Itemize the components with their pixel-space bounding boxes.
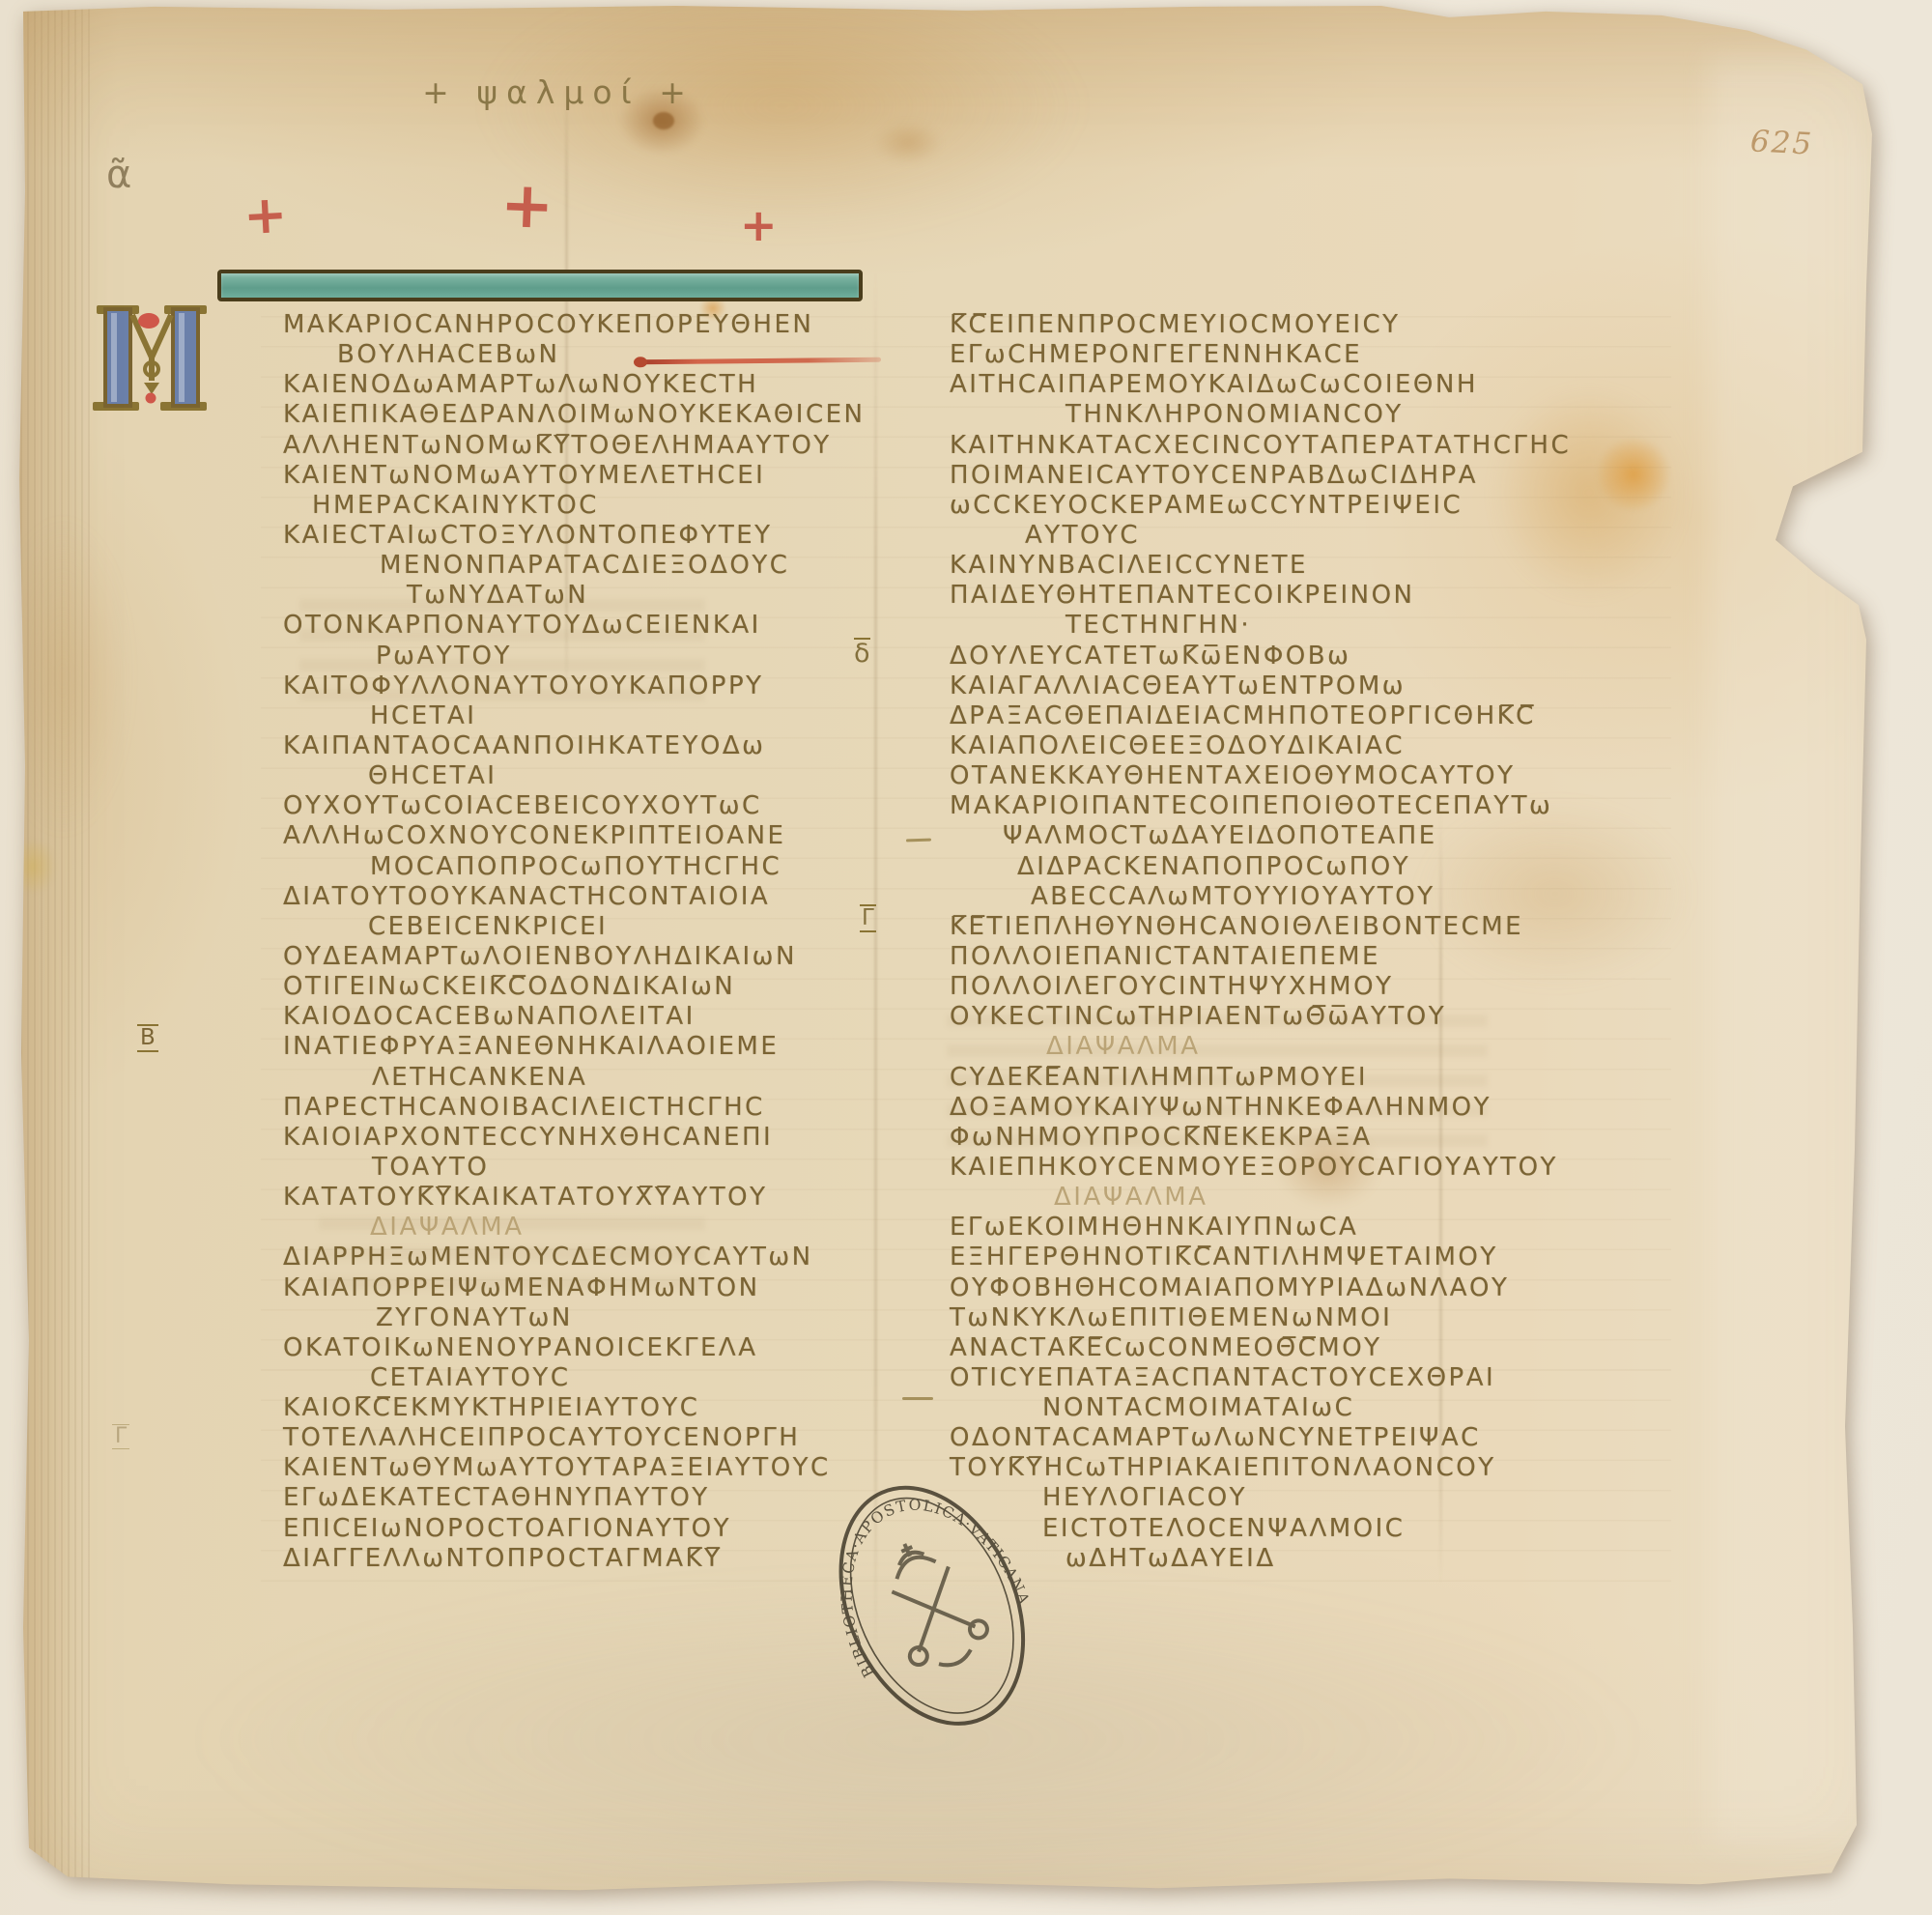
decorative-headband-bar: [217, 270, 863, 301]
rubric-cross-icon: +: [740, 203, 778, 247]
text-line: ΠΟΙΜΑΝΕΙϹΑΥΤΟΥϹΕΝΡΑΒΔωϹΙΔΗΡΑ: [950, 461, 1571, 491]
text-line: ΔΟΞΑΜΟΥΚΑΙΥΨωΝΤΗΝΚΕΦΑΛΗΝΜΟΥ: [950, 1093, 1571, 1123]
text-line: ΟΚΑΤΟΙΚωΝΕΝΟΥΡΑΝΟΙϹΕΚΓΕΛΑ: [283, 1333, 865, 1363]
text-line: ΟΥΚΕϹΤΙΝϹωΤΗΡΙΑΕΝΤωΘ̅ω̅ΑΥΤΟΥ: [950, 1002, 1571, 1032]
text-line: ΟΔΟΝΤΑϹΑΜΑΡΤωΛωΝϹΥΝΕΤΡΕΙΨΑϹ: [950, 1423, 1571, 1453]
margin-psalm-number-3: Γ: [860, 904, 876, 932]
text-line: ΑΛΛΗΕΝΤωΝΟΜωΚ̅Υ̅ΤΟΘΕΛΗΜΑΑΥΤΟΥ: [283, 431, 865, 461]
manuscript-page: + ψαλμοί + 625 ᾶ + + + ΜΑΚΑΡΙΟϹΑΝΗΡΟϹΟΥΚ…: [0, 0, 1932, 1915]
text-line: ΑΥΤΟΥϹ: [950, 521, 1571, 551]
text-line: ΟΤΑΝΕΚΚΑΥΘΗΕΝΤΑΧΕΙΟΘΥΜΟϹΑΥΤΟΥ: [950, 761, 1571, 791]
margin-section-mark: δ: [854, 638, 870, 667]
text-line: ΕΓωϹΗΜΕΡΟΝΓΕΓΕΝΝΗΚΑϹΕ: [950, 340, 1571, 370]
text-line: Κ̅Ε̅ΤΙΕΠΛΗΘΥΝΘΗϹΑΝΟΙΘΛΕΙΒΟΝΤΕϹΜΕ: [950, 912, 1571, 942]
text-line: ΘΗϹΕΤΑΙ: [283, 761, 865, 791]
text-line: ΙΝΑΤΙΕΦΡΥΑΞΑΝΕΘΝΗΚΑΙΛΑΟΙΕΜΕ: [283, 1032, 865, 1062]
text-line: ΔΙΑΤΟΥΤΟΟΥΚΑΝΑϹΤΗϹΟΝΤΑΙΟΙΑ: [283, 882, 865, 912]
text-line: ΤωΝΚΥΚΛωΕΠΙΤΙΘΕΜΕΝωΝΜΟΙ: [950, 1303, 1571, 1333]
text-line: ΔΟΥΛΕΥϹΑΤΕΤωΚ̅ω̅ΕΝΦΟΒω: [950, 642, 1571, 672]
text-line: ΗΜΕΡΑϹΚΑΙΝΥΚΤΟϹ: [283, 491, 865, 521]
text-line: ΔΙΑΓΓΕΛΛωΝΤΟΠΡΟϹΤΑΓΜΑΚ̅Υ̅: [283, 1544, 865, 1574]
text-line: ΤΟΥΚ̅Υ̅ΗϹωΤΗΡΙΑΚΑΙΕΠΙΤΟΝΛΑΟΝϹΟΥ: [950, 1453, 1571, 1483]
text-line: ΟΤΟΝΚΑΡΠΟΝΑΥΤΟΥΔωϹΕΙΕΝΚΑΙ: [283, 611, 865, 641]
text-line: ΟΥΧΟΥΤωϹΟΙΑϹΕΒΕΙϹΟΥΧΟΥΤωϹ: [283, 791, 865, 821]
text-line: ΚΑΙΟΚ̅Ϲ̅ΕΚΜΥΚΤΗΡΙΕΙΑΥΤΟΥϹ: [283, 1393, 865, 1423]
text-line: ΒΟΥΛΗΑϹΕΒωΝ: [283, 340, 865, 370]
page-title: + ψαλμοί +: [355, 73, 761, 111]
text-line: ϹΕΒΕΙϹΕΝΚΡΙϹΕΙ: [283, 912, 865, 942]
text-line: ΚΑΙΟΔΟϹΑϹΕΒωΝΑΠΟΛΕΙΤΑΙ: [283, 1002, 865, 1032]
paragraphos-dash: [902, 1397, 933, 1400]
text-line: ΡωΑΥΤΟΥ: [283, 642, 865, 672]
text-line: ΟΥΔΕΑΜΑΡΤωΛΟΙΕΝΒΟΥΛΗΔΙΚΑΙωΝ: [283, 942, 865, 972]
text-line: ΤΗΝΚΛΗΡΟΝΟΜΙΑΝϹΟΥ: [950, 400, 1571, 430]
text-line: ΚΑΙΕΝΤωΝΟΜωΑΥΤΟΥΜΕΛΕΤΗϹΕΙ: [283, 461, 865, 491]
text-line: ΤΟΑΥΤΟ: [283, 1153, 865, 1183]
right-edge-band: [1710, 58, 1874, 1845]
text-line: ΠΟΛΛΟΙΕΠΑΝΙϹΤΑΝΤΑΙΕΠΕΜΕ: [950, 942, 1571, 972]
text-line: ΔΙΑΡΡΗΞωΜΕΝΤΟΥϹΔΕϹΜΟΥϹΑΥΤωΝ: [283, 1243, 865, 1272]
text-line: ΔΙΔΡΑϹΚΕΝΑΠΟΠΡΟϹωΠΟΥ: [950, 852, 1571, 882]
text-line: ΚΑΙΕΝΟΔωΑΜΑΡΤωΛωΝΟΥΚΕϹΤΗ: [283, 370, 865, 400]
text-line: ΜΑΚΑΡΙΟΙΠΑΝΤΕϹΟΙΠΕΠΟΙΘΟΤΕϹΕΠΑΥΤω: [950, 791, 1571, 821]
text-line: ΔΙΑΨΑΛΜΑ: [950, 1183, 1571, 1213]
text-line: ΤωΝΥΔΑΤωΝ: [283, 581, 865, 611]
text-line: ΚΑΤΑΤΟΥΚ̅Υ̅ΚΑΙΚΑΤΑΤΟΥΧ̅Υ̅ΑΥΤΟΥ: [283, 1183, 865, 1213]
text-line: ΗΕΥΛΟΓΙΑϹΟΥ: [950, 1483, 1571, 1513]
text-line: ΚΑΙΠΑΝΤΑΟϹΑΑΝΠΟΙΗΚΑΤΕΥΟΔω: [283, 731, 865, 761]
text-line: ΔΙΑΨΑΛΜΑ: [950, 1032, 1571, 1062]
text-line: ωΔΗΤωΔΑΥΕΙΔ: [950, 1544, 1571, 1574]
text-line: ΖΥΓΟΝΑΥΤωΝ: [283, 1303, 865, 1333]
text-line: ΑΙΤΗϹΑΙΠΑΡΕΜΟΥΚΑΙΔωϹωϹΟΙΕΘΝΗ: [950, 370, 1571, 400]
text-column-left: ΜΑΚΑΡΙΟϹΑΝΗΡΟϹΟΥΚΕΠΟΡΕΥΘΗΕΝΒΟΥΛΗΑϹΕΒωΝΚΑ…: [283, 310, 865, 1574]
text-line: ΟΥΦΟΒΗΘΗϹΟΜΑΙΑΠΟΜΥΡΙΑΔωΝΛΑΟΥ: [950, 1273, 1571, 1303]
text-line: ΜΑΚΑΡΙΟϹΑΝΗΡΟϹΟΥΚΕΠΟΡΕΥΘΗΕΝ: [283, 310, 865, 340]
text-line: ΚΑΙΕΠΙΚΑΘΕΔΡΑΝΛΟΙΜωΝΟΥΚΕΚΑΘΙϹΕΝ: [283, 400, 865, 430]
text-line: ΜΟϹΑΠΟΠΡΟϹωΠΟΥΤΗϹΓΗϹ: [283, 852, 865, 882]
text-line: ΚΑΙΟΙΑΡΧΟΝΤΕϹϹΥΝΗΧΘΗϹΑΝΕΠΙ: [283, 1123, 865, 1153]
text-line: ΜΕΝΟΝΠΑΡΑΤΑϹΔΙΕΞΟΔΟΥϹ: [283, 551, 865, 581]
text-line: ΑΛΛΗωϹΟΧΝΟΥϹΟΝΕΚΡΙΠΤΕΙΟΑΝΕ: [283, 821, 865, 851]
text-line: ΚΑΙΕϹΤΑΙωϹΤΟΞΥΛΟΝΤΟΠΕΦΥΤΕΥ: [283, 521, 865, 551]
text-line: ΗϹΕΤΑΙ: [283, 701, 865, 731]
text-line: ΠΟΛΛΟΙΛΕΓΟΥϹΙΝΤΗΨΥΧΗΜΟΥ: [950, 972, 1571, 1002]
text-line: ϹΥΔΕΚ̅Ε̅ΑΝΤΙΛΗΜΠΤωΡΜΟΥΕΙ: [950, 1063, 1571, 1093]
text-line: ΚΑΙΑΠΟΛΕΙϹΘΕΕΞΟΔΟΥΔΙΚΑΙΑϹ: [950, 731, 1571, 761]
text-line: ϹΕΤΑΙΑΥΤΟΥϹ: [283, 1363, 865, 1393]
text-line: ΟΤΙΓΕΙΝωϹΚΕΙΚ̅Ϲ̅ΟΔΟΝΔΙΚΑΙωΝ: [283, 972, 865, 1002]
text-line: ΠΑΡΕϹΤΗϹΑΝΟΙΒΑϹΙΛΕΙϹΤΗϹΓΗϹ: [283, 1093, 865, 1123]
text-line: ΠΑΙΔΕΥΘΗΤΕΠΑΝΤΕϹΟΙΚΡΕΙΝΟΝ: [950, 581, 1571, 611]
text-line: ΚΑΙΝΥΝΒΑϹΙΛΕΙϹϹΥΝΕΤΕ: [950, 551, 1571, 581]
text-line: ΛΕΤΗϹΑΝΚΕΝΑ: [283, 1063, 865, 1093]
rubric-cross-icon: +: [499, 173, 555, 239]
text-line: ΔΡΑΞΑϹΘΕΠΑΙΔΕΙΑϹΜΗΠΟΤΕΟΡΓΙϹΘΗΚ̅Ϲ̅: [950, 701, 1571, 731]
text-line: ΕΙϹΤΟΤΕΛΟϹΕΝΨΑΛΜΟΙϹ: [950, 1514, 1571, 1544]
top-stain-wash: [0, 0, 1932, 169]
text-line: ΤΟΤΕΛΑΛΗϹΕΙΠΡΟϹΑΥΤΟΥϹΕΝΟΡΓΗ: [283, 1423, 865, 1453]
quire-mark: ᾶ: [106, 153, 131, 197]
text-line: ΦωΝΗΜΟΥΠΡΟϹΚ̅Ν̅ΕΚΕΚΡΑΞΑ: [950, 1123, 1571, 1153]
text-line: ΕΓωΔΕΚΑΤΕϹΤΑΘΗΝΥΠΑΥΤΟΥ: [283, 1483, 865, 1513]
text-line: ΟΤΙϹΥΕΠΑΤΑΞΑϹΠΑΝΤΑϹΤΟΥϹΕΧΘΡΑΙ: [950, 1363, 1571, 1393]
text-line: ΤΕϹΤΗΝΓΗΝ·: [950, 611, 1571, 641]
text-column-right: Κ̅Ϲ̅ΕΙΠΕΝΠΡΟϹΜΕΥΙΟϹΜΟΥΕΙϹΥΕΓωϹΗΜΕΡΟΝΓΕΓΕ…: [950, 310, 1571, 1574]
text-line: ΔΙΑΨΑΛΜΑ: [283, 1213, 865, 1243]
text-line: ΚΑΙΤΟΦΥΛΛΟΝΑΥΤΟΥΟΥΚΑΠΟΡΡΥ: [283, 672, 865, 701]
rubric-cross-icon: +: [242, 188, 289, 243]
text-line: ΑΝΑϹΤΑΚ̅Ε̅ϹωϹΟΝΜΕΟΘ̅Ϲ̅ΜΟΥ: [950, 1333, 1571, 1363]
text-line: Κ̅Ϲ̅ΕΙΠΕΝΠΡΟϹΜΕΥΙΟϹΜΟΥΕΙϹΥ: [950, 310, 1571, 340]
text-line: ΚΑΙΕΝΤωΘΥΜωΑΥΤΟΥΤΑΡΑΞΕΙΑΥΤΟΥϹ: [283, 1453, 865, 1483]
text-line: ΚΑΙΤΗΝΚΑΤΑϹΧΕϹΙΝϹΟΥΤΑΠΕΡΑΤΑΤΗϹΓΗϹ: [950, 431, 1571, 461]
text-line: ωϹϹΚΕΥΟϹΚΕΡΑΜΕωϹϹΥΝΤΡΕΙΨΕΙϹ: [950, 491, 1571, 521]
text-line: ΨΑΛΜΟϹΤωΔΑΥΕΙΔΟΠΟΤΕΑΠΕ: [950, 821, 1571, 851]
text-line: ΕΓωΕΚΟΙΜΗΘΗΝΚΑΙΥΠΝωϹΑ: [950, 1213, 1571, 1243]
photo-background: + ψαλμοί + 625 ᾶ + + + ΜΑΚΑΡΙΟϹΑΝΗΡΟϹΟΥΚ…: [0, 0, 1932, 1915]
text-line: ΚΑΙΑΓΑΛΛΙΑϹΘΕΑΥΤωΕΝΤΡΟΜω: [950, 672, 1571, 701]
text-line: ΑΒΕϹϹΑΛωΜΤΟΥΥΙΟΥΑΥΤΟΥ: [950, 882, 1571, 912]
text-line: ΝΟΝΤΑϹΜΟΙΜΑΤΑΙωϹ: [950, 1393, 1571, 1423]
margin-psalm-number-2: Β: [137, 1024, 158, 1052]
margin-faint-mark: Γ: [112, 1424, 129, 1449]
folio-number: 625: [1749, 124, 1814, 161]
text-line: ΚΑΙΕΠΗΚΟΥϹΕΝΜΟΥΕΞΟΡΟΥϹΑΓΙΟΥΑΥΤΟΥ: [950, 1153, 1571, 1183]
binding-edge: [0, 0, 92, 1915]
illuminated-initial-m: [93, 301, 211, 421]
text-line: ΚΑΙΑΠΟΡΡΕΙΨωΜΕΝΑΦΗΜωΝΤΟΝ: [283, 1273, 865, 1303]
text-line: ΕΞΗΓΕΡΘΗΝΟΤΙΚ̅Ϲ̅ΑΝΤΙΛΗΜΨΕΤΑΙΜΟΥ: [950, 1243, 1571, 1272]
